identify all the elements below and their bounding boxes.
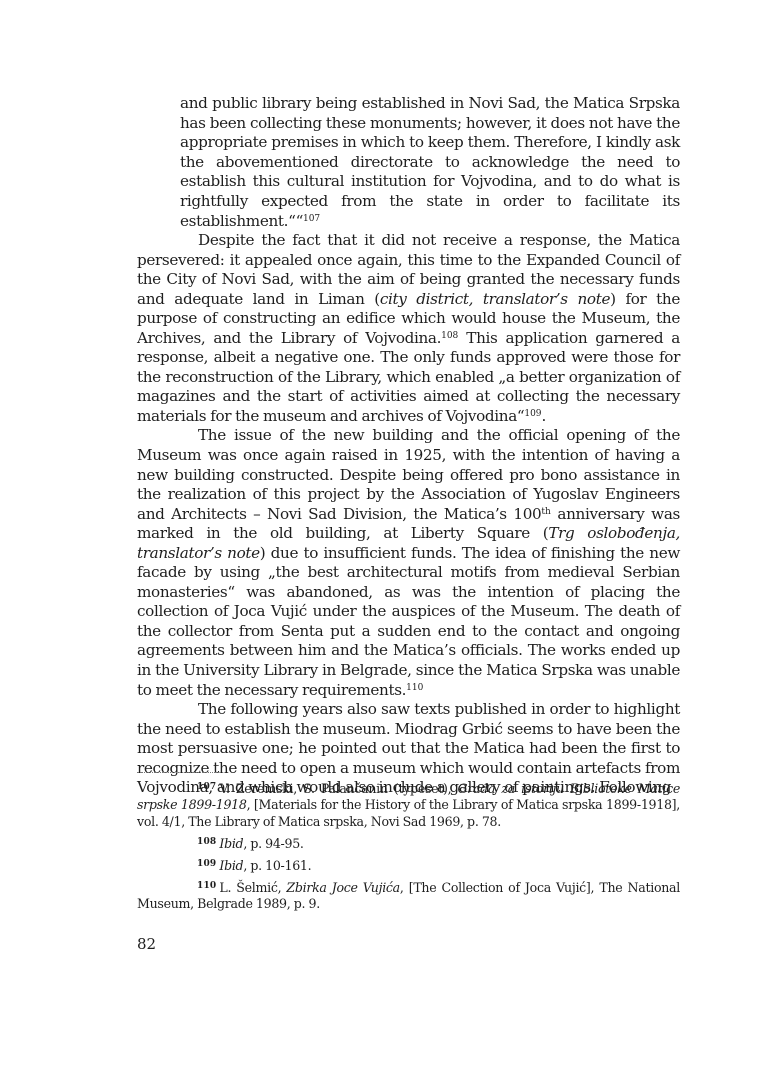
page-number: 82 bbox=[137, 934, 156, 954]
text-run: , p. 94-95. bbox=[243, 836, 303, 851]
text-run: L. Šelmić, bbox=[219, 880, 286, 895]
footnote-number: 109 bbox=[197, 859, 216, 869]
block-quote: and public library being established in … bbox=[180, 94, 680, 231]
text-run: , p. 10-161. bbox=[243, 858, 311, 873]
italic-title: Ibid bbox=[219, 858, 243, 873]
quote-text: and public library being established in … bbox=[180, 94, 680, 230]
paragraph: The issue of the new building and the of… bbox=[137, 426, 680, 700]
footnote-109: 109Ibid, p. 10-161. bbox=[137, 858, 680, 874]
footnote-ref[interactable]: 109 bbox=[524, 409, 541, 419]
footnote-ref[interactable]: 107 bbox=[303, 214, 320, 224]
ordinal-superscript: th bbox=[541, 507, 550, 517]
footnote-ref[interactable]: 108 bbox=[441, 331, 458, 341]
footnotes: 107V. Zeremski, S. Palančanin (typeset),… bbox=[137, 781, 680, 918]
footnote-separator bbox=[137, 772, 223, 773]
footnote-ref[interactable]: 110 bbox=[406, 683, 423, 693]
paragraph: Despite the fact that it did not receive… bbox=[137, 231, 680, 426]
italic-title: Zbirka Joce Vujića bbox=[286, 880, 399, 895]
footnote-110: 110L. Šelmić, Zbirka Joce Vujića, [The C… bbox=[137, 880, 680, 913]
footnote-number: 107 bbox=[197, 782, 216, 792]
italic-title: Ibid bbox=[219, 836, 243, 851]
footnote-number: 110 bbox=[197, 881, 216, 891]
text-run: . bbox=[542, 407, 546, 425]
text-run: ) due to insufficient funds. The idea of… bbox=[137, 544, 680, 699]
italic-text: city district, translator’s note bbox=[380, 290, 610, 308]
footnote-107: 107V. Zeremski, S. Palančanin (typeset),… bbox=[137, 781, 680, 830]
footnote-number: 108 bbox=[197, 837, 216, 847]
document-page: and public library being established in … bbox=[0, 0, 773, 1080]
quote-paragraph: and public library being established in … bbox=[180, 94, 680, 231]
footnote-108: 108Ibid, p. 94-95. bbox=[137, 836, 680, 852]
text-run: V. Zeremski, S. Palančanin (typeset), bbox=[219, 781, 457, 796]
body-text: Despite the fact that it did not receive… bbox=[137, 231, 680, 798]
